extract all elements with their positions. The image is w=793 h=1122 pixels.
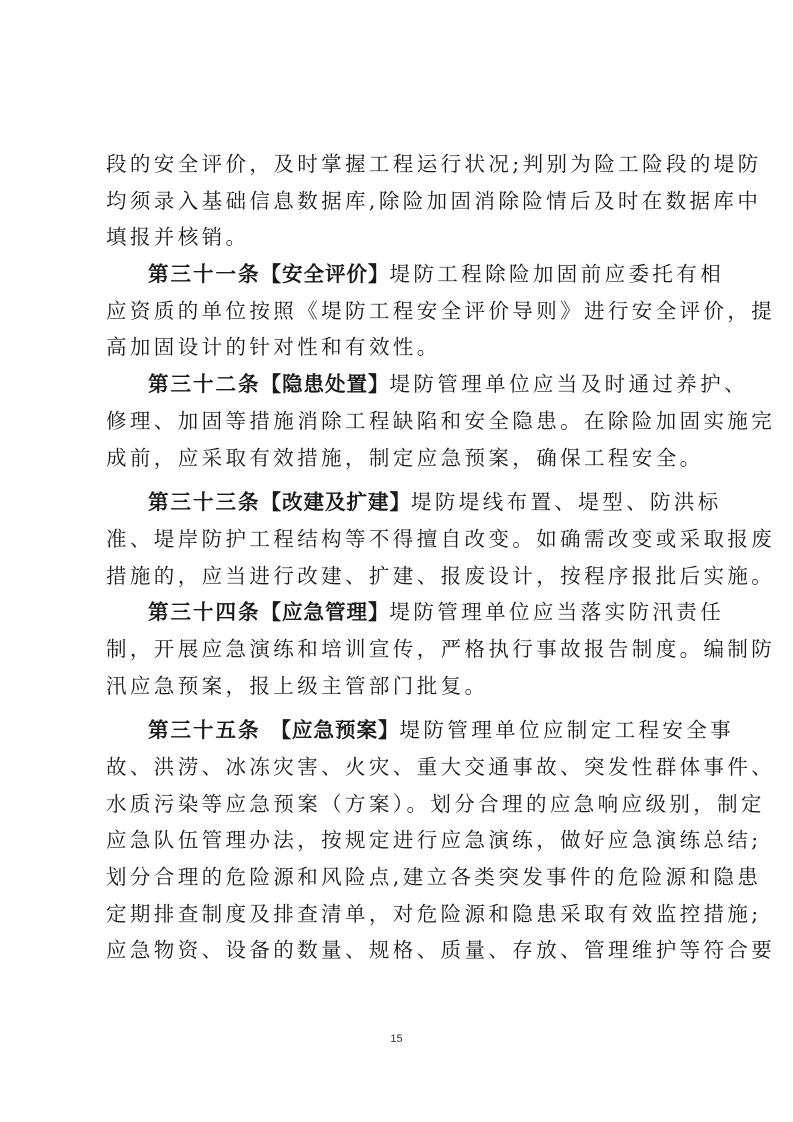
text-line: 制，开展应急演练和培训宣传，严格执行事故报告制度。编制防 xyxy=(106,631,696,668)
text-line: 故、洪涝、冰冻灾害、火灾、重大交通事故、突发性群体事件、 xyxy=(106,749,696,786)
article-text: 堤防管理单位应当及时通过养护、 xyxy=(390,372,749,396)
text-line: 高加固设计的针对性和有效性。 xyxy=(106,329,696,366)
article-text: 堤防管理单位应制定工程安全事 xyxy=(400,718,735,742)
article-first-line: 第三十四条【应急管理】堤防管理单位应当落实防汛责任 xyxy=(106,594,696,631)
text-line: 措施的，应当进行改建、扩建、报废设计，按程序报批后实施。 xyxy=(106,558,696,595)
text-line: 应急队伍管理办法，按规定进行应急演练，做好应急演练总结; xyxy=(106,822,696,859)
text-line: 段的安全评价，及时掌握工程运行状况;判别为险工险段的堤防 xyxy=(106,146,696,183)
article-31: 第三十一条【安全评价】堤防工程除险加固前应委托有相 应资质的单位按照《堤防工程安… xyxy=(106,256,696,366)
article-first-line: 第三十二条【隐患处置】堤防管理单位应当及时通过养护、 xyxy=(106,366,696,403)
article-text: 堤防工程除险加固前应委托有相 xyxy=(390,262,725,286)
article-34: 第三十四条【应急管理】堤防管理单位应当落实防汛责任 制，开展应急演练和培训宣传，… xyxy=(106,594,696,704)
document-body: 段的安全评价，及时掌握工程运行状况;判别为险工险段的堤防 均须录入基础信息数据库… xyxy=(106,146,696,969)
text-line: 应资质的单位按照《堤防工程安全评价导则》进行安全评价，提 xyxy=(106,293,696,330)
text-line: 修理、加固等措施消除工程缺陷和安全隐患。在除险加固实施完 xyxy=(106,403,696,440)
article-text: 堤防管理单位应当落实防汛责任 xyxy=(390,600,725,624)
article-title: 【应急管理】 xyxy=(261,600,390,624)
article-first-line: 第三十五条【应急预案】堤防管理单位应制定工程安全事 xyxy=(106,712,696,749)
article-title: 【安全评价】 xyxy=(261,262,390,286)
text-line: 划分合理的危险源和风险点,建立各类突发事件的危险源和隐患 xyxy=(106,859,696,896)
article-text: 堤防堤线布置、堤型、防洪标 xyxy=(411,490,722,514)
text-line: 填报并核销。 xyxy=(106,219,696,256)
article-title: 【应急预案】 xyxy=(271,718,400,742)
article-first-line: 第三十三条【改建及扩建】堤防堤线布置、堤型、防洪标 xyxy=(106,484,696,521)
article-number: 第三十三条 xyxy=(148,490,261,514)
article-number: 第三十一条 xyxy=(148,262,261,286)
article-32: 第三十二条【隐患处置】堤防管理单位应当及时通过养护、 修理、加固等措施消除工程缺… xyxy=(106,366,696,476)
article-35: 第三十五条【应急预案】堤防管理单位应制定工程安全事 故、洪涝、冰冻灾害、火灾、重… xyxy=(106,712,696,969)
article-title: 【隐患处置】 xyxy=(261,372,390,396)
article-number: 第三十四条 xyxy=(148,600,261,624)
document-page: 段的安全评价，及时掌握工程运行状况;判别为险工险段的堤防 均须录入基础信息数据库… xyxy=(0,0,793,1122)
text-line: 均须录入基础信息数据库,除险加固消除险情后及时在数据库中 xyxy=(106,183,696,220)
article-first-line: 第三十一条【安全评价】堤防工程除险加固前应委托有相 xyxy=(106,256,696,293)
text-line: 成前，应采取有效措施，制定应急预案，确保工程安全。 xyxy=(106,440,696,477)
text-line: 应急物资、设备的数量、规格、质量、存放、管理维护等符合要 xyxy=(106,932,696,969)
article-title: 【改建及扩建】 xyxy=(261,490,412,514)
article-number: 第三十五条 xyxy=(148,718,261,742)
text-line: 汛应急预案，报上级主管部门批复。 xyxy=(106,668,696,705)
text-line: 定期排查制度及排查清单，对危险源和隐患采取有效监控措施; xyxy=(106,896,696,933)
text-line: 准、堤岸防护工程结构等不得擅自改变。如确需改变或采取报废 xyxy=(106,521,696,558)
article-number: 第三十二条 xyxy=(148,372,261,396)
page-number: 15 xyxy=(0,1033,793,1045)
text-line: 水质污染等应急预案（方案）。划分合理的应急响应级别，制定 xyxy=(106,786,696,823)
article-33: 第三十三条【改建及扩建】堤防堤线布置、堤型、防洪标 准、堤岸防护工程结构等不得擅… xyxy=(106,484,696,594)
paragraph-continuation: 段的安全评价，及时掌握工程运行状况;判别为险工险段的堤防 均须录入基础信息数据库… xyxy=(106,146,696,256)
